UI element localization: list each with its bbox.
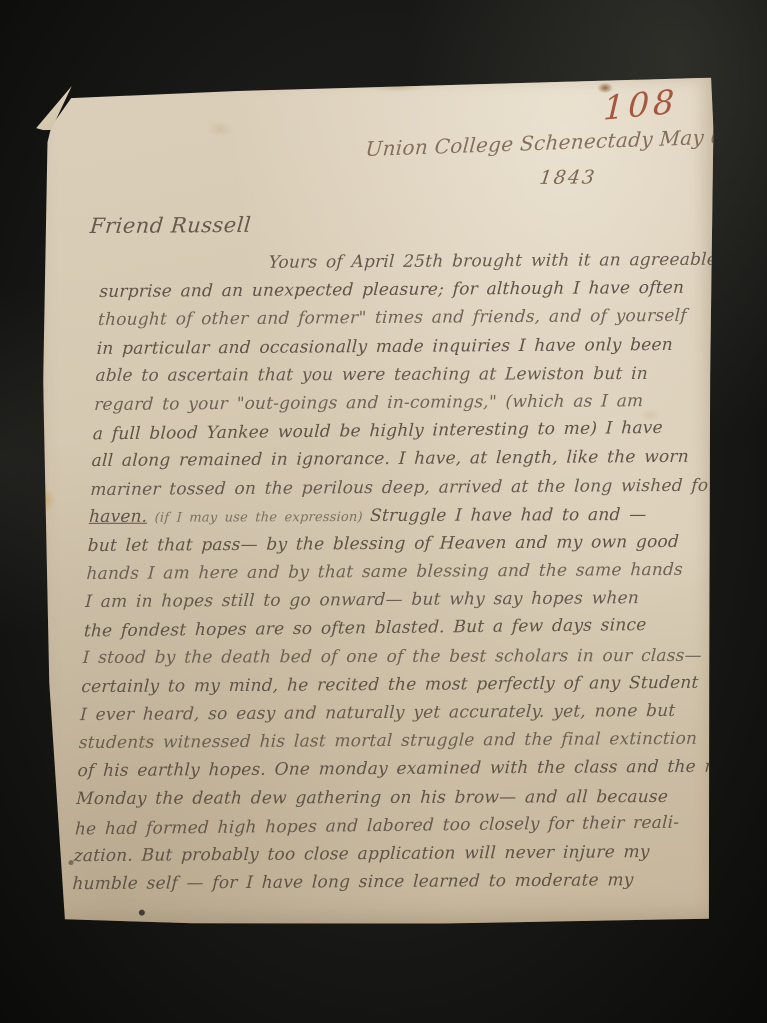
letter-line: all along remained in ignorance. I have,… — [91, 443, 717, 476]
letterhead-date-line: Union College Schenectady May 6th — [365, 125, 716, 161]
letter-line: certainly to my mind, he recited the mos… — [81, 669, 707, 702]
letter-line: students witnessed his last mortal strug… — [78, 725, 704, 758]
line-remainder: Struggle I have had to and — — [370, 505, 647, 526]
letter-line: of his earthly hopes. One monday examine… — [77, 753, 703, 786]
letter-paper: 108 Union College Schenectady May 6th 18… — [37, 78, 719, 928]
paper-stain — [37, 487, 55, 513]
letter-line-haven: haven. (if I may use the expression) Str… — [88, 500, 714, 530]
foxing-spot — [207, 121, 233, 137]
paper-stain — [367, 82, 427, 92]
letter-line: in particular and occasionally made inqu… — [96, 330, 722, 363]
letter-body: Yours of April 25th brought with it an a… — [72, 246, 726, 899]
letter-line: Yours of April 25th brought with it an a… — [100, 246, 726, 279]
letter-line: I ever heard, so easy and naturally yet … — [79, 697, 705, 730]
page-number: 108 — [603, 84, 679, 124]
letter-line: thought of other and former" times and f… — [97, 302, 723, 335]
letter-line: hands I am here and by that same blessin… — [86, 556, 712, 589]
letter-line: able to ascertain that you were teaching… — [95, 359, 721, 389]
letter-line: the fondest hopes are so often blasted. … — [83, 611, 709, 646]
letter-line: humble self — for I have long since lear… — [72, 866, 698, 899]
parenthetical-note: (if I may use the expression) — [147, 510, 370, 526]
letter-line: surprise and an unexpected pleasure; for… — [99, 274, 725, 307]
letter-line: mariner tossed on the perilous deep, arr… — [90, 471, 716, 504]
letterhead-year: 1843 — [538, 166, 597, 188]
underlined-word: haven. — [89, 506, 148, 526]
letter-line: but let that pass— by the blessing of He… — [87, 528, 713, 561]
salutation: Friend Russell — [89, 213, 252, 238]
letter-line: I stood by the death bed of one of the b… — [82, 641, 708, 671]
letter-line: Monday the death dew gathering on his br… — [76, 782, 702, 812]
ink-speck — [139, 910, 145, 916]
photo-background: 108 Union College Schenectady May 6th 18… — [0, 0, 767, 1023]
